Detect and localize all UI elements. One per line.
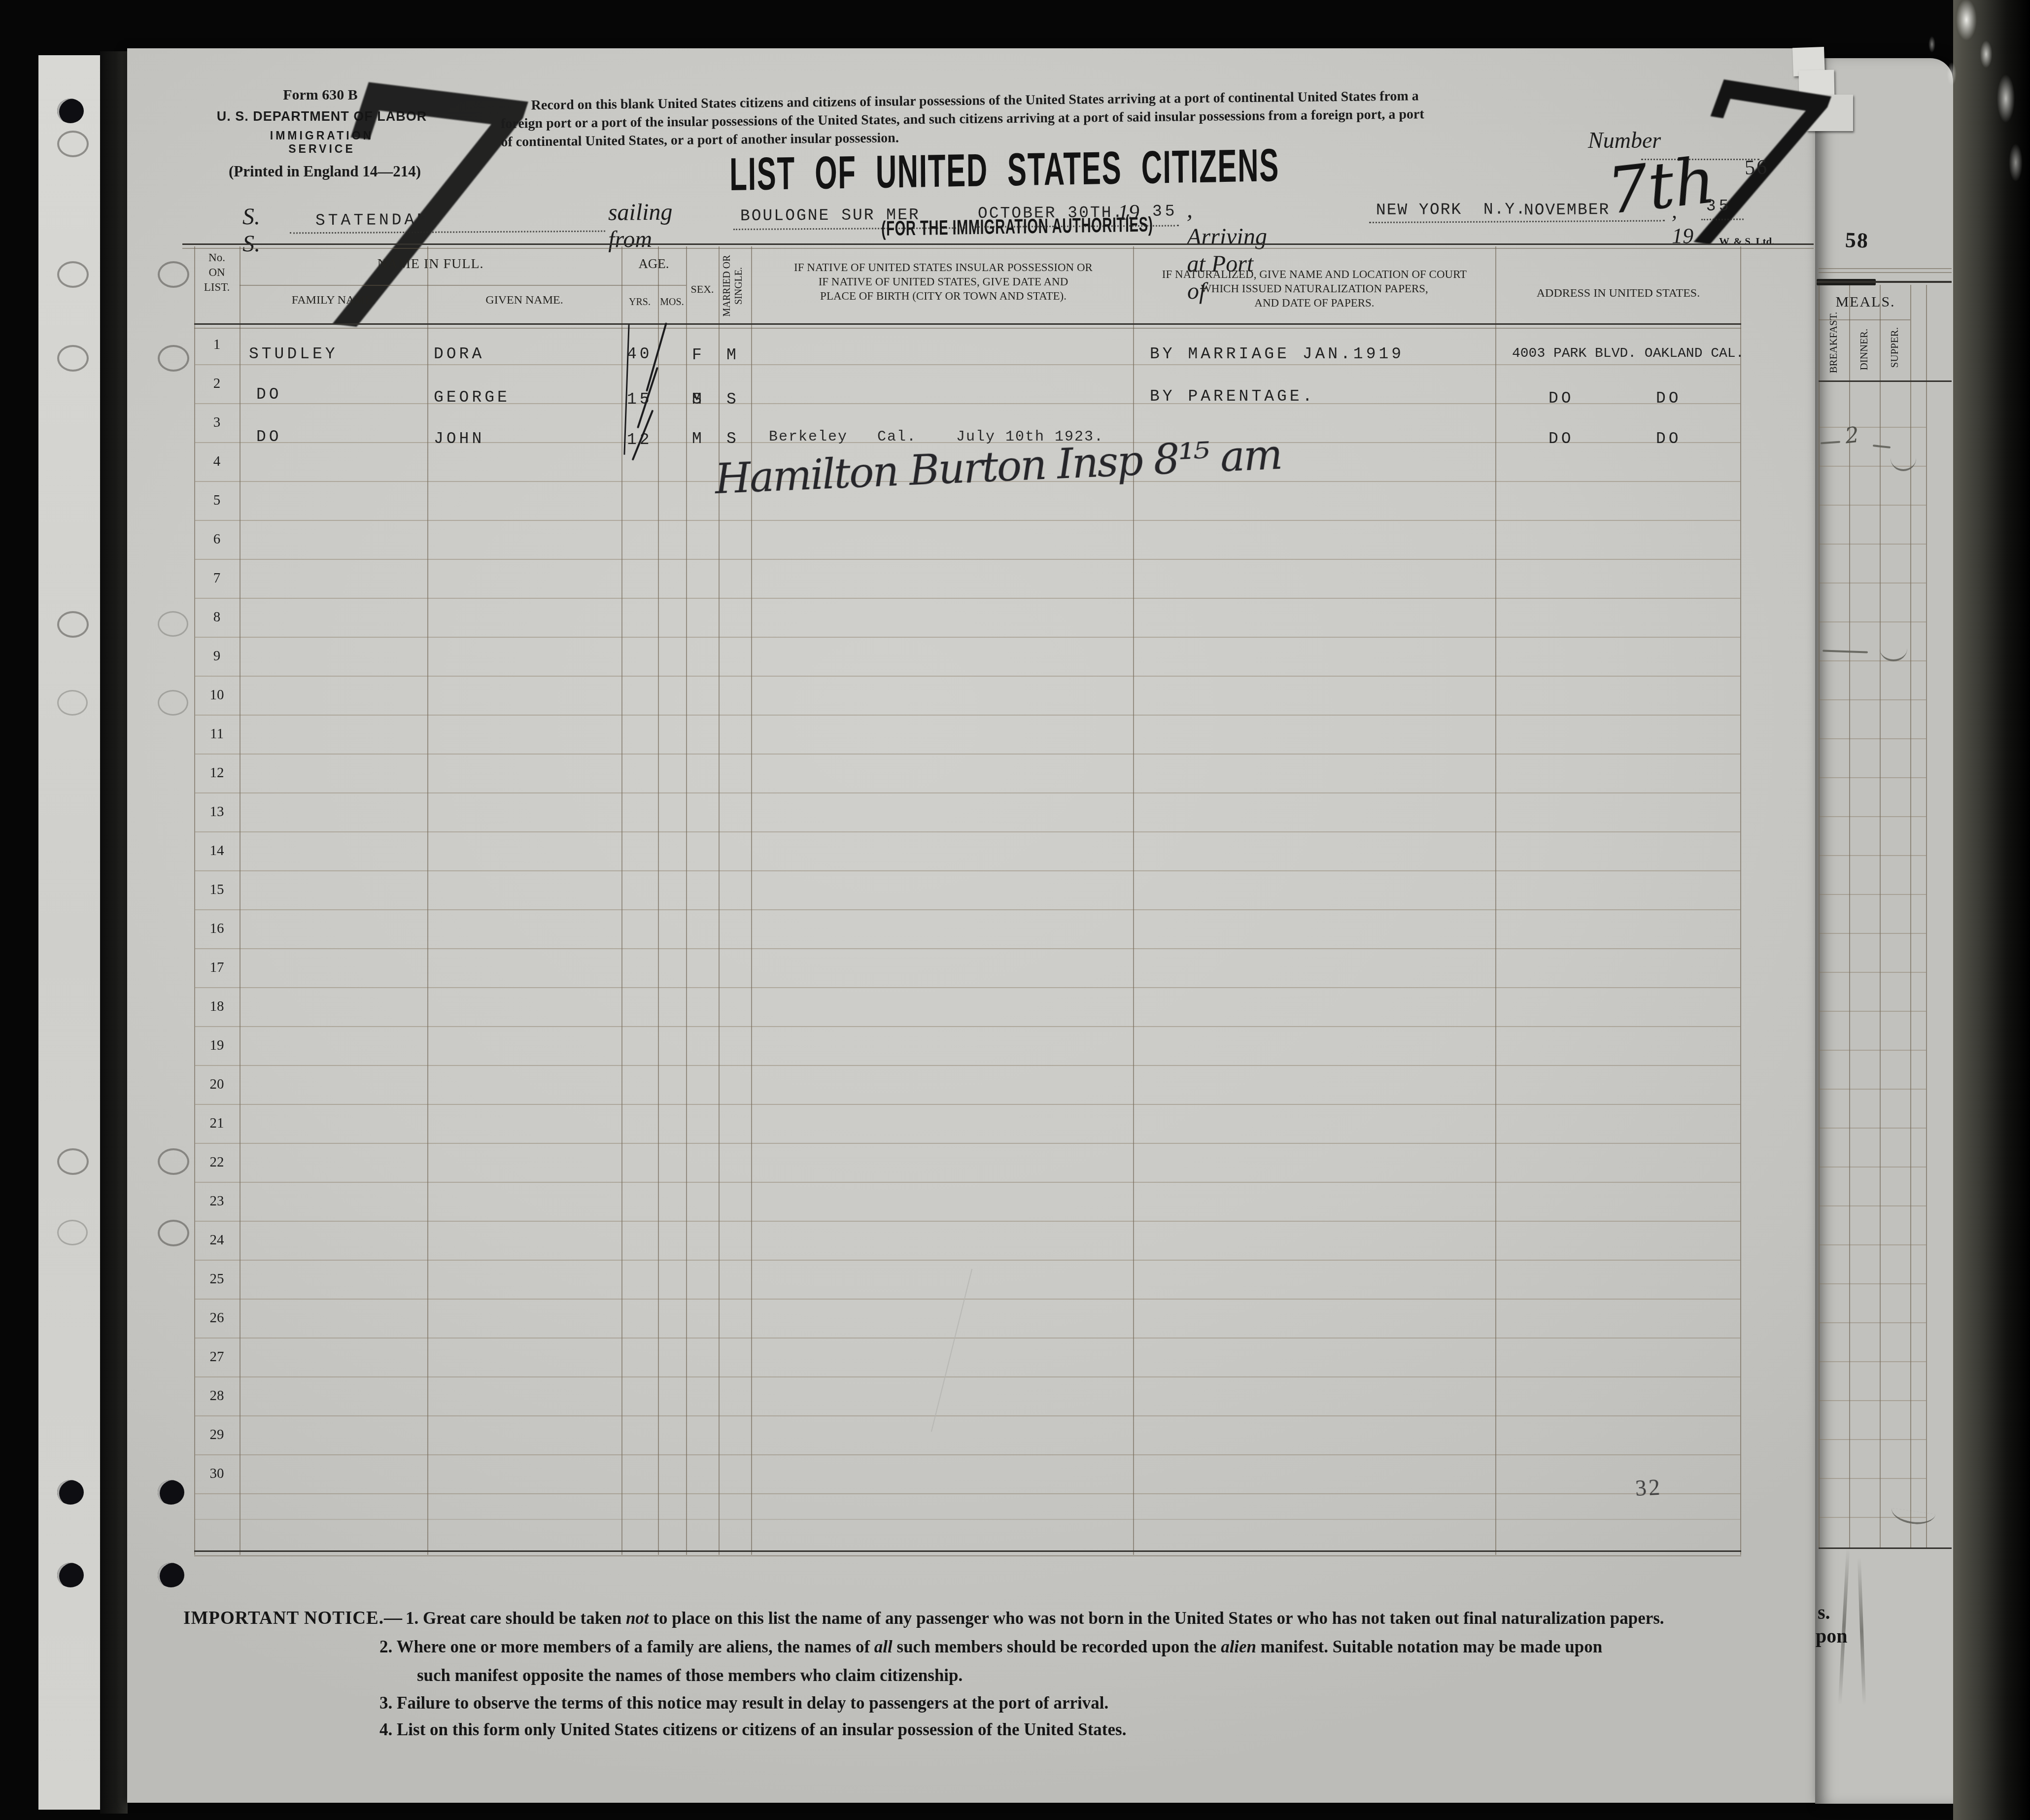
punch-hole [158,345,189,372]
row-number: 27 [194,1338,240,1376]
row-number: 6 [194,520,240,559]
meals-row-line [1819,1128,1926,1129]
row1-sex: F [692,346,705,364]
row2-married-single: S [726,390,739,409]
table-bottom-rule [194,1550,1741,1552]
row-number: 23 [194,1182,240,1221]
table-row-line [195,715,1740,716]
row1-married-single: M [726,346,739,364]
right-page-rule [1819,268,1952,269]
meals-column-line [1910,285,1911,1547]
header-bottom-rule [194,323,1741,325]
row-number: 1 [194,325,240,364]
row3-address-do: DO [1548,430,1574,448]
col-header-name-in-full: NAME IN FULL. [240,256,621,272]
row3-sex: M [692,430,705,448]
meals-column-line [1880,285,1881,1547]
meals-row-line [1819,972,1926,973]
col-header-yrs: YRS. [621,297,658,308]
row-number: 10 [194,676,240,715]
table-row-line [195,792,1740,793]
punch-hole [57,1220,88,1245]
row-number: 24 [194,1221,240,1260]
row3-family-name: DO [256,428,282,446]
row2-family-name: DO [256,385,282,404]
meals-bottom-rule [1819,1547,1952,1549]
row-number: 29 [194,1415,240,1454]
meals-row-line [1819,1089,1926,1090]
notice-item-2-cont: such manifest opposite the names of thos… [417,1666,963,1685]
row2-sex-m: M [692,390,705,409]
punch-hole [57,611,89,638]
pencil-meal-count: 2 [1844,422,1860,449]
punch-hole [57,261,89,288]
stamp-32: 32 [1635,1474,1663,1502]
punch-hole [57,99,84,123]
row-number: 22 [194,1143,240,1182]
meals-row-line [1819,855,1926,856]
table-row-line [195,676,1740,677]
meals-row-line [1819,777,1926,778]
meals-row-line [1819,583,1926,584]
punch-hole [158,261,189,288]
row-number: 9 [194,637,240,676]
table-row-line [195,1493,1740,1494]
row1-family-name: STUDLEY [249,345,338,363]
edge-text-fragment: pon [1816,1624,1848,1648]
punch-hole [158,1148,189,1175]
meals-col-breakfast: BREAKFAST. [1827,301,1840,384]
punch-hole [57,1148,89,1175]
table-row-line [195,987,1740,988]
row-number: 5 [194,481,240,520]
meals-top-border [1817,281,1952,283]
meals-row-line [1819,1011,1926,1012]
meals-row-line [1819,1050,1926,1051]
row-number: 18 [194,987,240,1026]
meals-row-line [1819,1361,1926,1362]
col-header-given-name: GIVEN NAME. [427,294,621,307]
row-number: 12 [194,754,240,792]
table-row-line [195,1065,1740,1066]
row-number: 11 [194,715,240,754]
meals-column-line [1819,285,1820,1547]
notice-item-2: 2. Where one or more members of a family… [379,1637,1602,1657]
punch-hole [57,131,89,157]
punch-hole [57,345,89,372]
row2-given-name: GEORGE [434,388,510,407]
edge-text-fragment: s. [1818,1601,1830,1624]
notice-label: IMPORTANT NOTICE.— [183,1608,403,1628]
table-bottom-rule-2 [194,1555,1741,1556]
row-number: 17 [194,948,240,987]
notice-item-4: 4. List on this form only United States … [379,1720,1126,1740]
meals-row-line [1819,505,1926,506]
row-number: 20 [194,1065,240,1104]
table-row-line [195,831,1740,832]
page-stamp-58: 58 [1845,227,1869,253]
row-number: 21 [194,1104,240,1143]
punch-hole [158,1563,184,1587]
row3-given-name: JOHN [434,430,484,448]
table-row-line [195,870,1740,871]
meals-row-line [1819,1400,1926,1401]
punch-hole [57,690,88,716]
meals-row-line [1819,1478,1926,1479]
meals-row-line [1819,738,1926,739]
table-top-rule [182,243,1814,245]
row1-naturalization: BY MARRIAGE JAN.1919 [1150,345,1404,363]
row2-naturalization: BY PARENTAGE. [1150,387,1315,406]
col-header-birth: IF NATIVE OF UNITED STATES INSULAR POSSE… [761,260,1126,303]
meals-row-line [1819,816,1926,817]
meals-row-line [1819,699,1926,700]
row-number: 26 [194,1299,240,1338]
row-number: 4 [194,442,240,481]
table-row-line [195,1260,1740,1261]
row2-address-do: DO [1548,389,1574,408]
meals-row-line [1819,427,1926,428]
notice-item-3: 3. Failure to observe the terms of this … [379,1693,1108,1713]
meals-row-line [1819,1167,1926,1168]
notice-item-1: IMPORTANT NOTICE.—1. Great care should b… [183,1608,1664,1629]
row-number: 7 [194,559,240,598]
meals-row-line [1819,1205,1926,1206]
header-tier-divider [240,285,686,286]
meals-column-line [1926,285,1927,1547]
col-header-address: ADDRESS IN UNITED STATES. [1500,287,1736,300]
table-row-line [195,1376,1740,1377]
meals-row-line [1819,1244,1926,1245]
row-number: 8 [194,598,240,637]
scanned-manifest-page: Form 630 B U. S. DEPARTMENT OF LABOR IMM… [0,0,2030,1820]
meals-row-line [1819,894,1926,895]
table-row-line [195,754,1740,755]
table-row-line-faint [195,1519,1740,1520]
table-row-line [195,364,1740,365]
row-number: 19 [194,1026,240,1065]
col-header-age: AGE. [621,256,686,272]
meals-col-dinner: DINNER. [1858,308,1871,391]
table-column-line [1740,246,1741,1555]
meals-col-supper: SUPPER. [1889,306,1901,389]
table-row-line [195,598,1740,599]
row1-age-yrs: 40 [627,345,653,363]
right-page-rule [1819,272,1952,273]
col-header-no-on-list: No. ON LIST. [194,250,240,295]
meals-row-line [1819,621,1926,622]
meals-column-line [1849,285,1850,1547]
row-number: 15 [194,870,240,909]
punch-hole [57,1563,84,1587]
row-number: 2 [194,364,240,403]
table-row-line [195,403,1740,404]
table-row-line [195,1299,1740,1300]
table-row-line [195,1221,1740,1222]
meals-row-line [1819,544,1926,545]
punch-hole [57,1480,84,1505]
col-header-sex: SEX. [678,283,727,296]
row3-address-do2: DO [1656,430,1682,448]
table-row-line [195,948,1740,949]
table-row-line [195,1026,1740,1027]
row-number: 13 [194,792,240,831]
punch-hole [158,690,188,716]
meals-row-line [1819,660,1926,661]
row-number: 30 [194,1454,240,1493]
table-row-line [195,1143,1740,1144]
meals-row-line [1819,1439,1926,1440]
col-header-married-single: MARRIED OR SINGLE. [721,244,749,328]
row-number: 3 [194,403,240,442]
table-row-line [195,1104,1740,1105]
table-row-line [195,1182,1740,1183]
table-row-line [195,520,1740,521]
meals-row-line [1819,1322,1926,1323]
row3-married-single: S [726,430,739,448]
col-header-family-name: FAMILY NAME. [240,294,427,307]
row2-address-do2: DO [1656,389,1682,408]
punch-hole [158,611,188,637]
table-row-line [195,559,1740,560]
table-row-line [195,637,1740,638]
row1-address: 4003 PARK BLVD. OAKLAND CAL. [1512,346,1744,361]
col-header-mos: MOS. [658,297,686,308]
row-number: 14 [194,831,240,870]
col-header-naturalization: IF NATURALIZED, GIVE NAME AND LOCATION O… [1138,267,1490,310]
header-bottom-rule-2 [194,328,1741,329]
row-number: 28 [194,1376,240,1415]
meals-row-line [1819,1283,1926,1284]
table-row-line [195,1338,1740,1339]
table-row-line [195,909,1740,910]
table-row-line [195,1415,1740,1416]
table-row-line [195,1454,1740,1455]
row-number: 16 [194,909,240,948]
row-number: 25 [194,1260,240,1299]
punch-hole [158,1220,189,1246]
meals-row-line [1819,933,1926,934]
punch-hole [158,1480,184,1505]
row1-given-name: DORA [434,345,484,363]
